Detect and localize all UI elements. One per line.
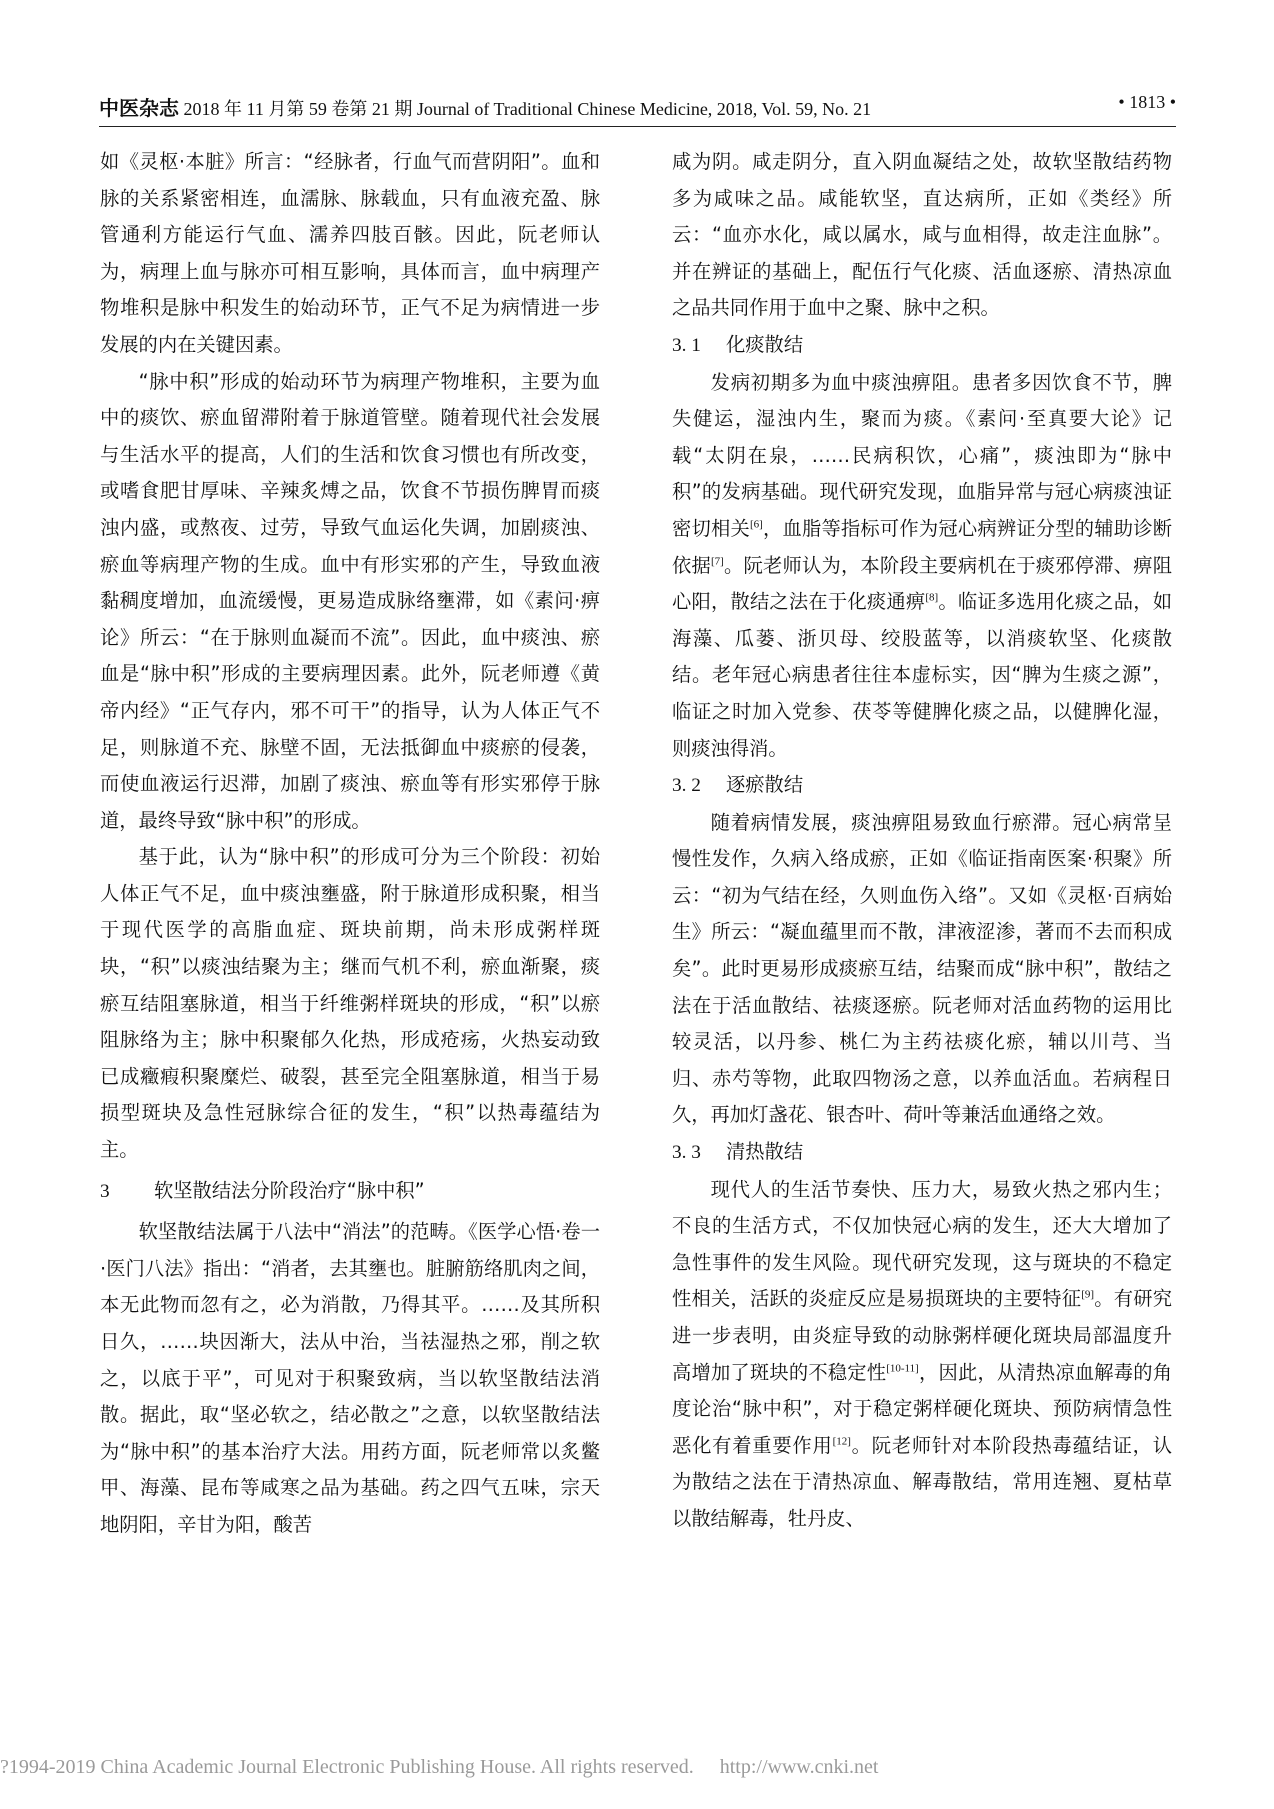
section-number: 3. 2 — [672, 768, 726, 805]
paragraph: 如《灵枢·本脏》所言：“经脉者，行血气而营阴阳”。血和脉的关系紧密相连，血濡脉、… — [100, 144, 600, 364]
section-number: 3. 1 — [672, 328, 726, 365]
journal-name-cn: 中医杂志 — [99, 96, 179, 120]
copyright-footer: ?1994-2019 China Academic Journal Electr… — [0, 1756, 1100, 1779]
left-column: 如《灵枢·本脏》所言：“经脉者，行血气而营阴阳”。血和脉的关系紧密相连，血濡脉、… — [100, 144, 600, 1544]
citation-ref[interactable]: [12] — [833, 1435, 851, 1447]
subsection-heading-3-2: 3. 2逐瘀散结 — [672, 767, 1172, 805]
paragraph: “脉中积”形成的始动环节为病理产物堆积，主要为血中的痰饮、瘀血留滞附着于脉道管壁… — [100, 364, 600, 840]
page-number: • 1813 • — [1118, 92, 1176, 113]
citation-ref[interactable]: [8] — [925, 592, 938, 604]
section-title: 软坚散结法分阶段治疗“脉中积” — [154, 1179, 425, 1202]
issue-info-cn: 2018 年 11 月第 59 卷第 21 期 — [184, 99, 413, 119]
cnki-link[interactable]: http://www.cnki.net — [720, 1756, 879, 1778]
subsection-heading-3-3: 3. 3清热散结 — [672, 1134, 1172, 1172]
paragraph: 现代人的生活节奏快、压力大，易致火热之邪内生；不良的生活方式，不仅加快冠心病的发… — [672, 1172, 1172, 1538]
citation-ref[interactable]: [9] — [1081, 1289, 1094, 1301]
section-heading-3: 3软坚散结法分阶段治疗“脉中积” — [100, 1173, 600, 1211]
subsection-heading-3-1: 3. 1化痰散结 — [672, 327, 1172, 365]
section-title: 化痰散结 — [726, 333, 803, 356]
paragraph: 随着病情发展，痰浊痹阻易致血行瘀滞。冠心病常呈慢性发作，久病入络成瘀，正如《临证… — [672, 805, 1172, 1134]
journal-name-en: Journal of Traditional Chinese Medicine,… — [417, 99, 871, 119]
citation-ref[interactable]: [10-11] — [886, 1362, 919, 1374]
citation-ref[interactable]: [6] — [750, 519, 763, 531]
paragraph: 软坚散结法属于八法中“消法”的范畴。《医学心悟·卷一·医门八法》指出：“消者，去… — [100, 1214, 600, 1543]
text-run: 。临证多选用化痰之品，如海藻、瓜蒌、浙贝母、绞股蓝等，以消痰软坚、化痰散结。老年… — [672, 590, 1172, 759]
right-column: 咸为阴。咸走阴分，直入阴血凝结之处，故软坚散结药物多为咸味之品。咸能软坚，直达病… — [672, 144, 1172, 1538]
copyright-text: ?1994-2019 China Academic Journal Electr… — [0, 1756, 694, 1778]
running-header: 中医杂志 2018 年 11 月第 59 卷第 21 期 Journal of … — [99, 92, 1176, 127]
section-number: 3. 3 — [672, 1135, 726, 1172]
section-number: 3 — [100, 1174, 154, 1211]
paragraph: 发病初期多为血中痰浊痹阻。患者多因饮食不节，脾失健运，湿浊内生，聚而为痰。《素问… — [672, 365, 1172, 768]
section-title: 清热散结 — [726, 1140, 803, 1163]
citation-ref[interactable]: [7] — [711, 555, 724, 567]
section-title: 逐瘀散结 — [726, 773, 803, 796]
paragraph: 基于此，认为“脉中积”的形成可分为三个阶段：初始人体正气不足，血中痰浊壅盛，附于… — [100, 839, 600, 1168]
paragraph: 咸为阴。咸走阴分，直入阴血凝结之处，故软坚散结药物多为咸味之品。咸能软坚，直达病… — [672, 144, 1172, 327]
journal-citation: 中医杂志 2018 年 11 月第 59 卷第 21 期 Journal of … — [99, 92, 871, 121]
text-run: 发病初期多为血中痰浊痹阻。患者多因饮食不节，脾失健运，湿浊内生，聚而为痰。《素问… — [672, 371, 1172, 540]
